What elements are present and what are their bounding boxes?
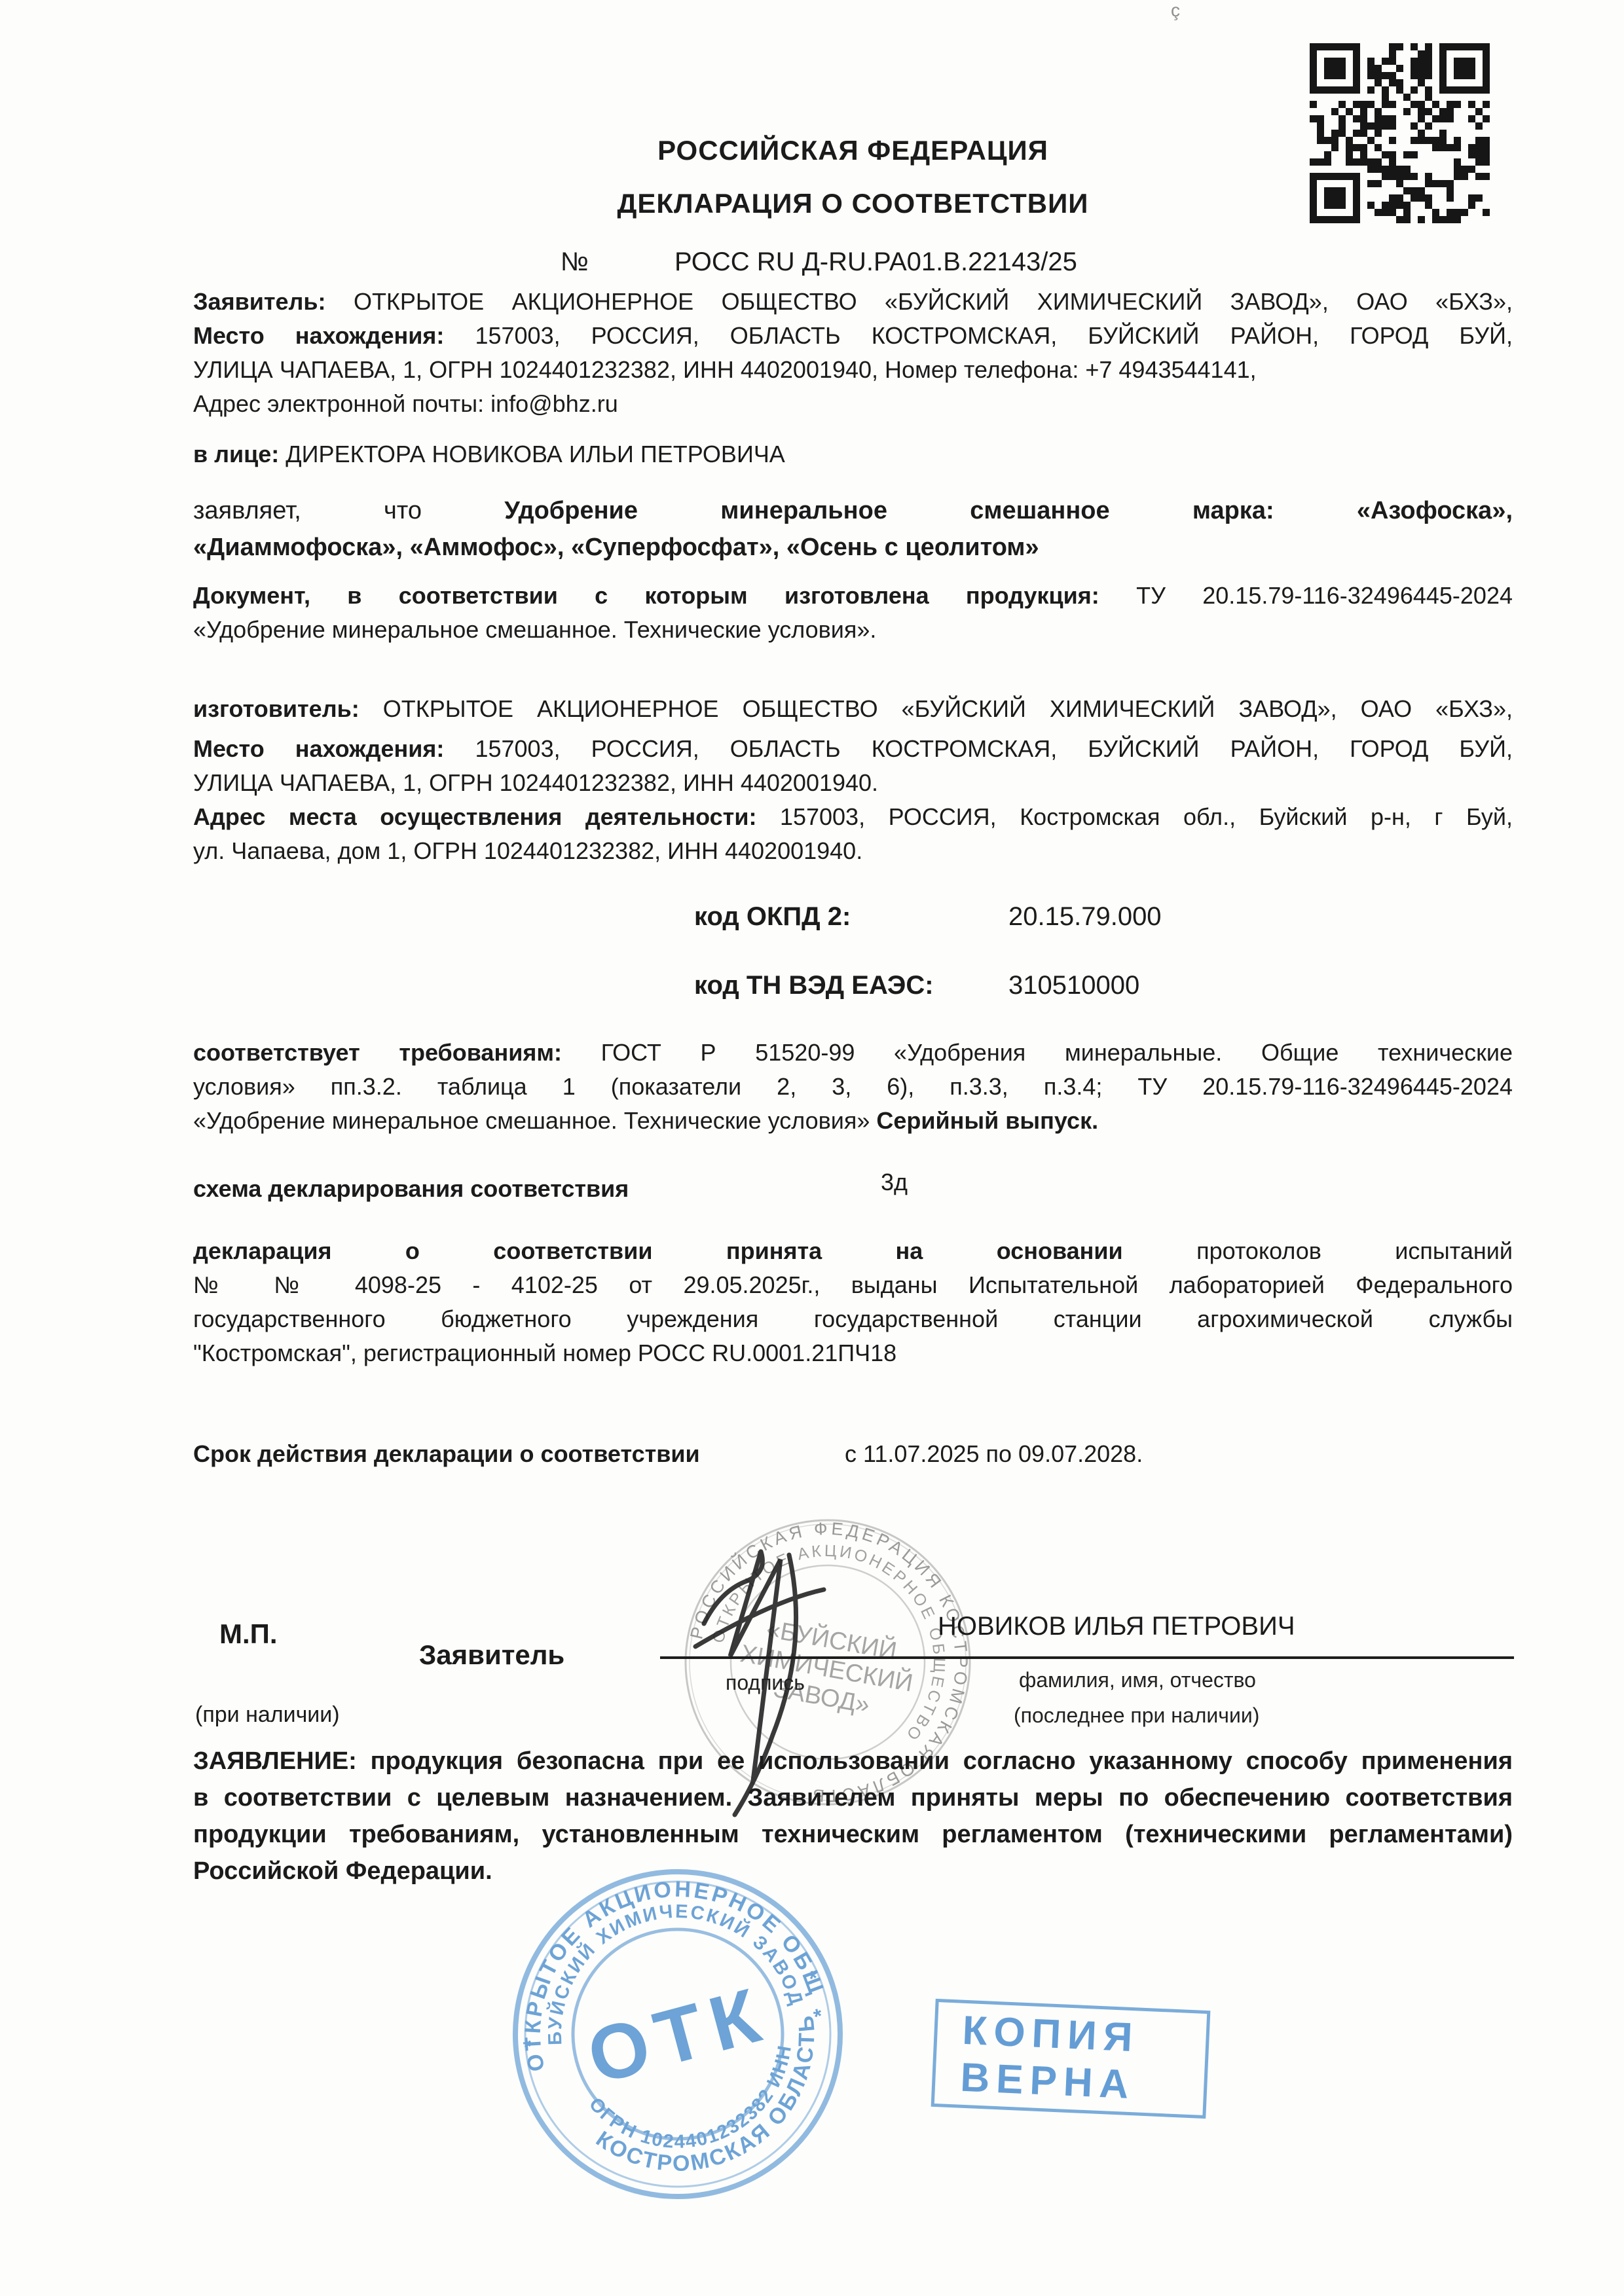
document-label: Документ, в соответствии с которым изгот… <box>193 582 1099 609</box>
applicant-location-value: 157003, РОССИЯ, ОБЛАСТЬ КОСТРОМСКАЯ, БУЙ… <box>475 322 1513 349</box>
product-name: Удобрение минеральное смешанное марка: «… <box>504 497 1513 524</box>
applicant-line3: УЛИЦА ЧАПАЕВА, 1, ОГРН 1024401232382, ИН… <box>193 353 1513 387</box>
declaration-number: РОСС RU Д-RU.РА01.В.22143/25 <box>674 247 1077 277</box>
applicant-location-label: Место нахождения: <box>193 322 444 349</box>
tnved-row: код ТН ВЭД ЕАЭС: 310510000 <box>694 971 934 1000</box>
compliance-line3-text: «Удобрение минеральное смешанное. Технич… <box>193 1107 870 1134</box>
compliance-label: соответствует требованиям: <box>193 1039 562 1066</box>
basis-line1: декларация о соответствии принята на осн… <box>193 1234 1513 1268</box>
scheme-row: схема декларирования соответствия 3д <box>193 1172 629 1206</box>
signature-line <box>660 1656 1514 1659</box>
basis-block: декларация о соответствии принята на осн… <box>193 1234 1513 1370</box>
manufacturer-activity-label: Адрес места осуществления деятельности: <box>193 803 756 830</box>
otk-round-stamp-blue: ОТКРЫТОЕ АКЦИОНЕРНОЕ ОБЩЕСТВО БУЙСКИЙ ХИ… <box>494 1851 861 2217</box>
applicant-line2: Место нахождения: 157003, РОССИЯ, ОБЛАСТ… <box>193 319 1513 353</box>
header-country: РОССИЙСКАЯ ФЕДЕРАЦИЯ <box>193 135 1513 166</box>
compliance-line1-rest: ГОСТ Р 51520-99 «Удобрения минеральные. … <box>601 1039 1513 1066</box>
basis-line4: "Костромская", регистрационный номер РОС… <box>193 1336 1513 1370</box>
basis-rest: протоколов испытаний <box>1196 1237 1513 1264</box>
tnved-value: 310510000 <box>1008 971 1139 1000</box>
basis-line3: государственного бюджетного учреждения г… <box>193 1302 1513 1336</box>
applicant-value: ОТКРЫТОЕ АКЦИОНЕРНОЕ ОБЩЕСТВО «БУЙСКИЙ Х… <box>354 288 1513 315</box>
number-sign: № <box>561 247 589 276</box>
name-caption2: (последнее при наличии) <box>1014 1704 1259 1728</box>
statement-label: ЗАЯВЛЕНИЕ: <box>193 1747 357 1775</box>
applicant-line1: Заявитель: ОТКРЫТОЕ АКЦИОНЕРНОЕ ОБЩЕСТВО… <box>193 285 1513 319</box>
product-block: заявляет, что Удобрение минеральное смеш… <box>193 492 1513 566</box>
copy-correct-stamp: КОПИЯ ВЕРНА <box>931 1999 1211 2119</box>
document-value: ТУ 20.15.79-116-32496445-2024 <box>1136 582 1513 609</box>
compliance-serial: Серийный выпуск. <box>876 1107 1098 1134</box>
manufacturer-activity-value: 157003, РОССИЯ, Костромская обл., Буйски… <box>780 803 1513 830</box>
stamp-place-label: М.П. <box>219 1618 278 1650</box>
person-block: в лице: ДИРЕКТОРА НОВИКОВА ИЛЬИ ПЕТРОВИЧ… <box>193 437 1513 471</box>
statement-line1-text: продукция безопасна при ее использовании… <box>371 1747 1513 1775</box>
scheme-value: 3д <box>881 1165 908 1199</box>
document-line2: «Удобрение минеральное смешанное. Технич… <box>193 613 1513 647</box>
validity-label: Срок действия декларации о соответствии <box>193 1440 700 1467</box>
applicant-block: Заявитель: ОТКРЫТОЕ АКЦИОНЕРНОЕ ОБЩЕСТВО… <box>193 285 1513 421</box>
compliance-block: соответствует требованиям: ГОСТ Р 51520-… <box>193 1036 1513 1138</box>
person-value: ДИРЕКТОРА НОВИКОВА ИЛЬИ ПЕТРОВИЧА <box>286 441 785 467</box>
blue-stamp-center-text: ОТК <box>579 1970 777 2100</box>
validity-row: Срок действия декларации о соответствии … <box>193 1437 700 1471</box>
manufacturer-line5: ул. Чапаева, дом 1, ОГРН 1024401232382, … <box>193 834 1513 868</box>
scheme-label: схема декларирования соответствия <box>193 1175 629 1202</box>
compliance-line1: соответствует требованиям: ГОСТ Р 51520-… <box>193 1036 1513 1070</box>
product-line1: заявляет, что Удобрение минеральное смеш… <box>193 492 1513 529</box>
manufacturer-line3: УЛИЦА ЧАПАЕВА, 1, ОГРН 1024401232382, ИН… <box>193 766 1513 800</box>
name-caption: фамилия, имя, отчество <box>1019 1668 1256 1692</box>
statement-line1: ЗАЯВЛЕНИЕ: продукция безопасна при ее ис… <box>193 1743 1513 1779</box>
manufacturer-value: ОТКРЫТОЕ АКЦИОНЕРНОЕ ОБЩЕСТВО «БУЙСКИЙ Х… <box>383 695 1513 722</box>
applicant-email-line: Адрес электронной почты: info@bhz.ru <box>193 387 1513 421</box>
scan-artifact-mark: ç <box>1171 0 1180 21</box>
manufacturer-location-value: 157003, РОССИЯ, ОБЛАСТЬ КОСТРОМСКАЯ, БУЙ… <box>475 735 1513 762</box>
statement-line3: продукции требованиям, установленным тех… <box>193 1816 1513 1853</box>
page-title: ДЕКЛАРАЦИЯ О СООТВЕТСТВИИ <box>193 188 1513 219</box>
manufacturer-line2: Место нахождения: 157003, РОССИЯ, ОБЛАСТ… <box>193 732 1513 766</box>
manufacturer-line1: изготовитель: ОТКРЫТОЕ АКЦИОНЕРНОЕ ОБЩЕС… <box>193 692 1513 726</box>
compliance-line3: «Удобрение минеральное смешанное. Технич… <box>193 1104 1513 1138</box>
product-line2: «Диаммофоска», «Аммофос», «Суперфосфат»,… <box>193 529 1513 566</box>
signature-caption: подпись <box>726 1671 805 1695</box>
declaration-number-row: № РОСС RU Д-RU.РА01.В.22143/25 <box>561 247 589 277</box>
declaration-document: ç РОССИЙСКАЯ ФЕДЕРАЦИЯ ДЕКЛАРАЦИЯ О СООТ… <box>0 0 1624 2296</box>
applicant-label: Заявитель: <box>193 288 325 315</box>
person-label: в лице: <box>193 441 279 467</box>
signatory-name: НОВИКОВ ИЛЬЯ ПЕТРОВИЧ <box>938 1612 1295 1641</box>
manufacturer-line4: Адрес места осуществления деятельности: … <box>193 800 1513 834</box>
compliance-line2: условия» пп.3.2. таблица 1 (показатели 2… <box>193 1070 1513 1104</box>
stamp-place-note: (при наличии) <box>195 1702 340 1728</box>
okpd-value: 20.15.79.000 <box>1008 902 1162 932</box>
document-block: Документ, в соответствии с которым изгот… <box>193 579 1513 647</box>
manufacturer-label: изготовитель: <box>193 695 360 722</box>
tnved-label: код ТН ВЭД ЕАЭС: <box>694 971 934 1000</box>
validity-value: с 11.07.2025 по 09.07.2028. <box>845 1437 1143 1471</box>
signature-applicant-label: Заявитель <box>419 1639 564 1671</box>
statement-line2: в соответствии с целевым назначением. За… <box>193 1779 1513 1816</box>
copy-stamp-line2: ВЕРНА <box>959 2054 1205 2112</box>
document-line1: Документ, в соответствии с которым изгот… <box>193 579 1513 613</box>
manufacturer-location-label: Место нахождения: <box>193 735 444 762</box>
product-intro: заявляет, что <box>193 497 422 524</box>
manufacturer-address-block: Место нахождения: 157003, РОССИЯ, ОБЛАСТ… <box>193 732 1513 868</box>
basis-bold: декларация о соответствии принята на осн… <box>193 1237 1123 1264</box>
okpd-label: код ОКПД 2: <box>694 902 851 931</box>
okpd-row: код ОКПД 2: 20.15.79.000 <box>694 902 851 932</box>
basis-line2: № № 4098-25 - 4102-25 от 29.05.2025г., в… <box>193 1268 1513 1302</box>
